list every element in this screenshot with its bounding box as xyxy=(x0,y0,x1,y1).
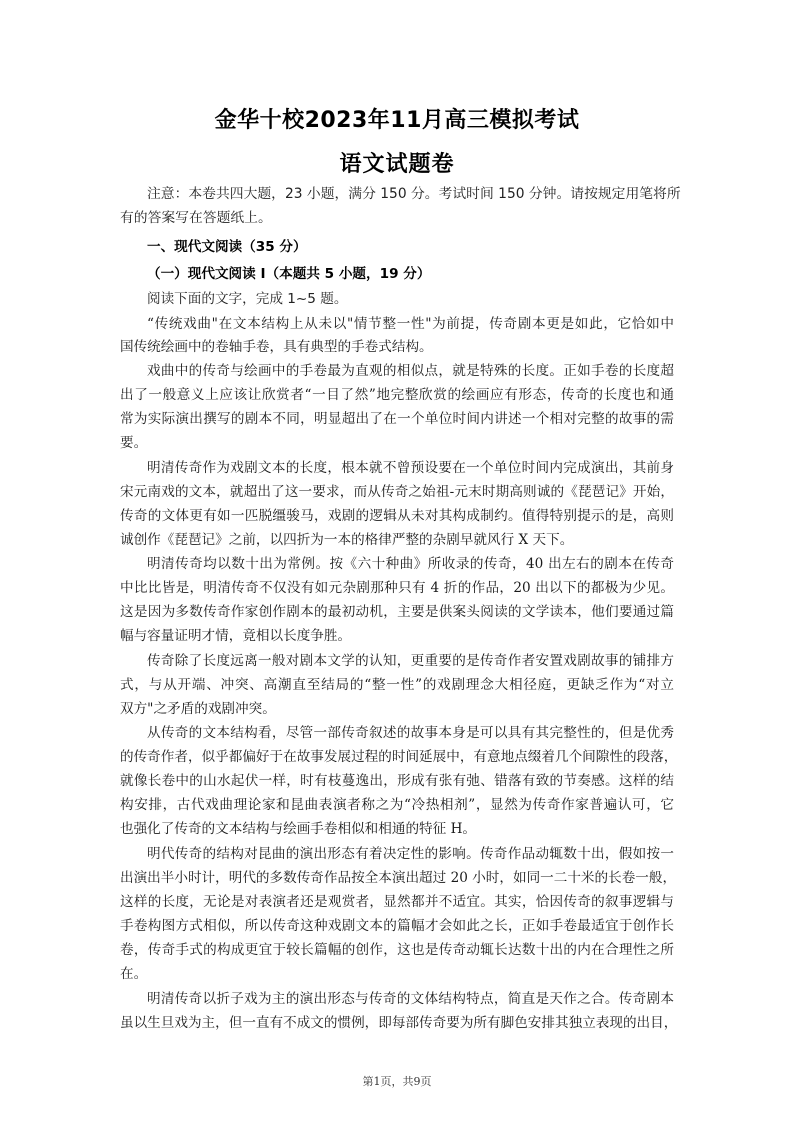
paragraph-line: 宋元南戏的文本，就超出了这一要求，而从传奇之始祖-元末时期高则诚的《琵琶记》开始… xyxy=(120,482,674,502)
paragraph-line: 明清传奇作为戏剧文本的长度，根本就不曾预设要在一个单位时间内完成演出，其前身 xyxy=(147,458,674,478)
paragraph-line: 这样的长度，无论是对表演者还是观赏者，显然都并不适宜。其实，恰因传奇的叙事逻辑与 xyxy=(120,892,674,912)
paragraph-line: 明代传奇的结构对昆曲的演出形态有着决定性的影响。传奇作品动辄数十出，假如按一 xyxy=(147,844,674,864)
paragraph-line: 明清传奇以折子戏为主的演出形态与传奇的文体结构特点，简直是天作之合。传奇剧本 xyxy=(147,989,674,1009)
paragraph-line: 构安排，古代戏曲理论家和昆曲表演者称之为“冷热相剂”，显然为传奇作家普遍认可，它 xyxy=(120,795,674,815)
instruction-text: 阅读下面的文字，完成 1~5 题。 xyxy=(147,289,674,309)
paragraph-line: 手卷构图方式相似，所以传奇这种戏剧文本的篇幅才会如此之长，正如手卷最适宜于创作长 xyxy=(120,916,674,936)
paragraph-line: 从传奇的文本结构看，尽管一部传奇叙述的故事本身是可以具有其完整性的，但是优秀 xyxy=(147,723,674,743)
paragraph-line: 明清传奇均以数十出为常例。按《六十种曲》所收录的传奇，40 出左右的剧本在传奇 xyxy=(147,554,674,574)
paragraph-line: 出了一般意义上应该让欣赏者“一目了然”地完整欣赏的绘画应有形态，传奇的长度也和通 xyxy=(120,385,674,405)
exam-title: 金华十校2023年11月高三模拟考试 xyxy=(0,103,794,134)
notice-line: 注意：本卷共四大题，23 小题，满分 150 分。考试时间 150 分钟。请按规… xyxy=(147,184,674,204)
paragraph-line: 传奇的文体更有如一匹脱缰骏马，戏剧的逻辑从未对其构成制约。值得特别提示的是，高则 xyxy=(120,506,674,526)
paragraph-line: 常为实际演出撰写的剧本不同，明显超出了在一个单位时间内讲述一个相对完整的故事的需 xyxy=(120,409,674,429)
paragraph-line: 传奇除了长度远离一般对剧本文学的认知，更重要的是传奇作者安置戏剧故事的铺排方 xyxy=(147,651,674,671)
paragraph-line: 这是因为多数传奇作家创作剧本的最初动机，主要是供案头阅读的文学读本，他们要通过篇 xyxy=(120,602,674,622)
paragraph-line: 国传统绘画中的卷轴手卷，具有典型的手卷式结构。 xyxy=(120,337,674,357)
paragraph-line: 就像长卷中的山水起伏一样，时有枝蔓逸出，形成有张有弛、错落有致的节奏感。这样的结 xyxy=(120,771,674,791)
document-page: 金华十校2023年11月高三模拟考试 语文试题卷 注意：本卷共四大题，23 小题… xyxy=(0,0,794,1123)
paragraph-line: 戏曲中的传奇与绘画中的手卷最为直观的相似点，就是特殊的长度。正如手卷的长度超 xyxy=(147,361,674,381)
paragraph-line: 双方"之矛盾的戏剧冲突。 xyxy=(120,699,674,719)
paragraph-line: 幅与容量证明才情，竟相以长度争胜。 xyxy=(120,626,674,646)
paragraph-line: 卷，传奇手式的构成更宜于较长篇幅的创作，这也是传奇动辄长达数十出的内在合理性之所 xyxy=(120,940,674,960)
paragraph-line: 也强化了传奇的文本结构与绘画手卷相似和相通的特征 H。 xyxy=(120,819,674,839)
paragraph-line: “传统戏曲"在文本结构上从未以"情节整一性"为前提，传奇剧本更是如此，它恰如中 xyxy=(147,314,674,334)
paragraph-line: 虽以生旦戏为主，但一直有不成文的惯例，即每部传奇要为所有脚色安排其独立表现的出目… xyxy=(120,1013,674,1033)
exam-subtitle: 语文试题卷 xyxy=(0,147,794,178)
paragraph-line: 的传奇作者，似乎都偏好于在故事发展过程的时间延展中，有意地点缀着几个间隙性的段落… xyxy=(120,747,674,767)
paragraph-line: 诚创作《琵琶记》之前，以四折为一本的格律严整的杂剧早就风行 X 天下。 xyxy=(120,530,674,550)
section-heading: 一、现代文阅读（35 分） xyxy=(147,235,307,255)
page-number-footer: 第1页，共9页 xyxy=(0,1073,794,1089)
paragraph-line: 出演出半小时计，明代的多数传奇作品按全本演出超过 20 小时，如同一二十米的长卷… xyxy=(120,868,674,888)
paragraph-line: 式，与从开端、冲突、高潮直至结局的“整一性”的戏剧理念大相径庭，更缺乏作为“对立 xyxy=(120,675,674,695)
paragraph-line: 在。 xyxy=(120,964,674,984)
notice-line: 有的答案写在答题纸上。 xyxy=(120,208,674,228)
paragraph-line: 要。 xyxy=(120,433,674,453)
subsection-heading: （一）现代文阅读 I（本题共 5 小题，19 分） xyxy=(147,262,430,282)
paragraph-line: 中比比皆是，明清传奇不仅没有如元杂剧那种只有 4 折的作品，20 出以下的都极为… xyxy=(120,578,674,598)
